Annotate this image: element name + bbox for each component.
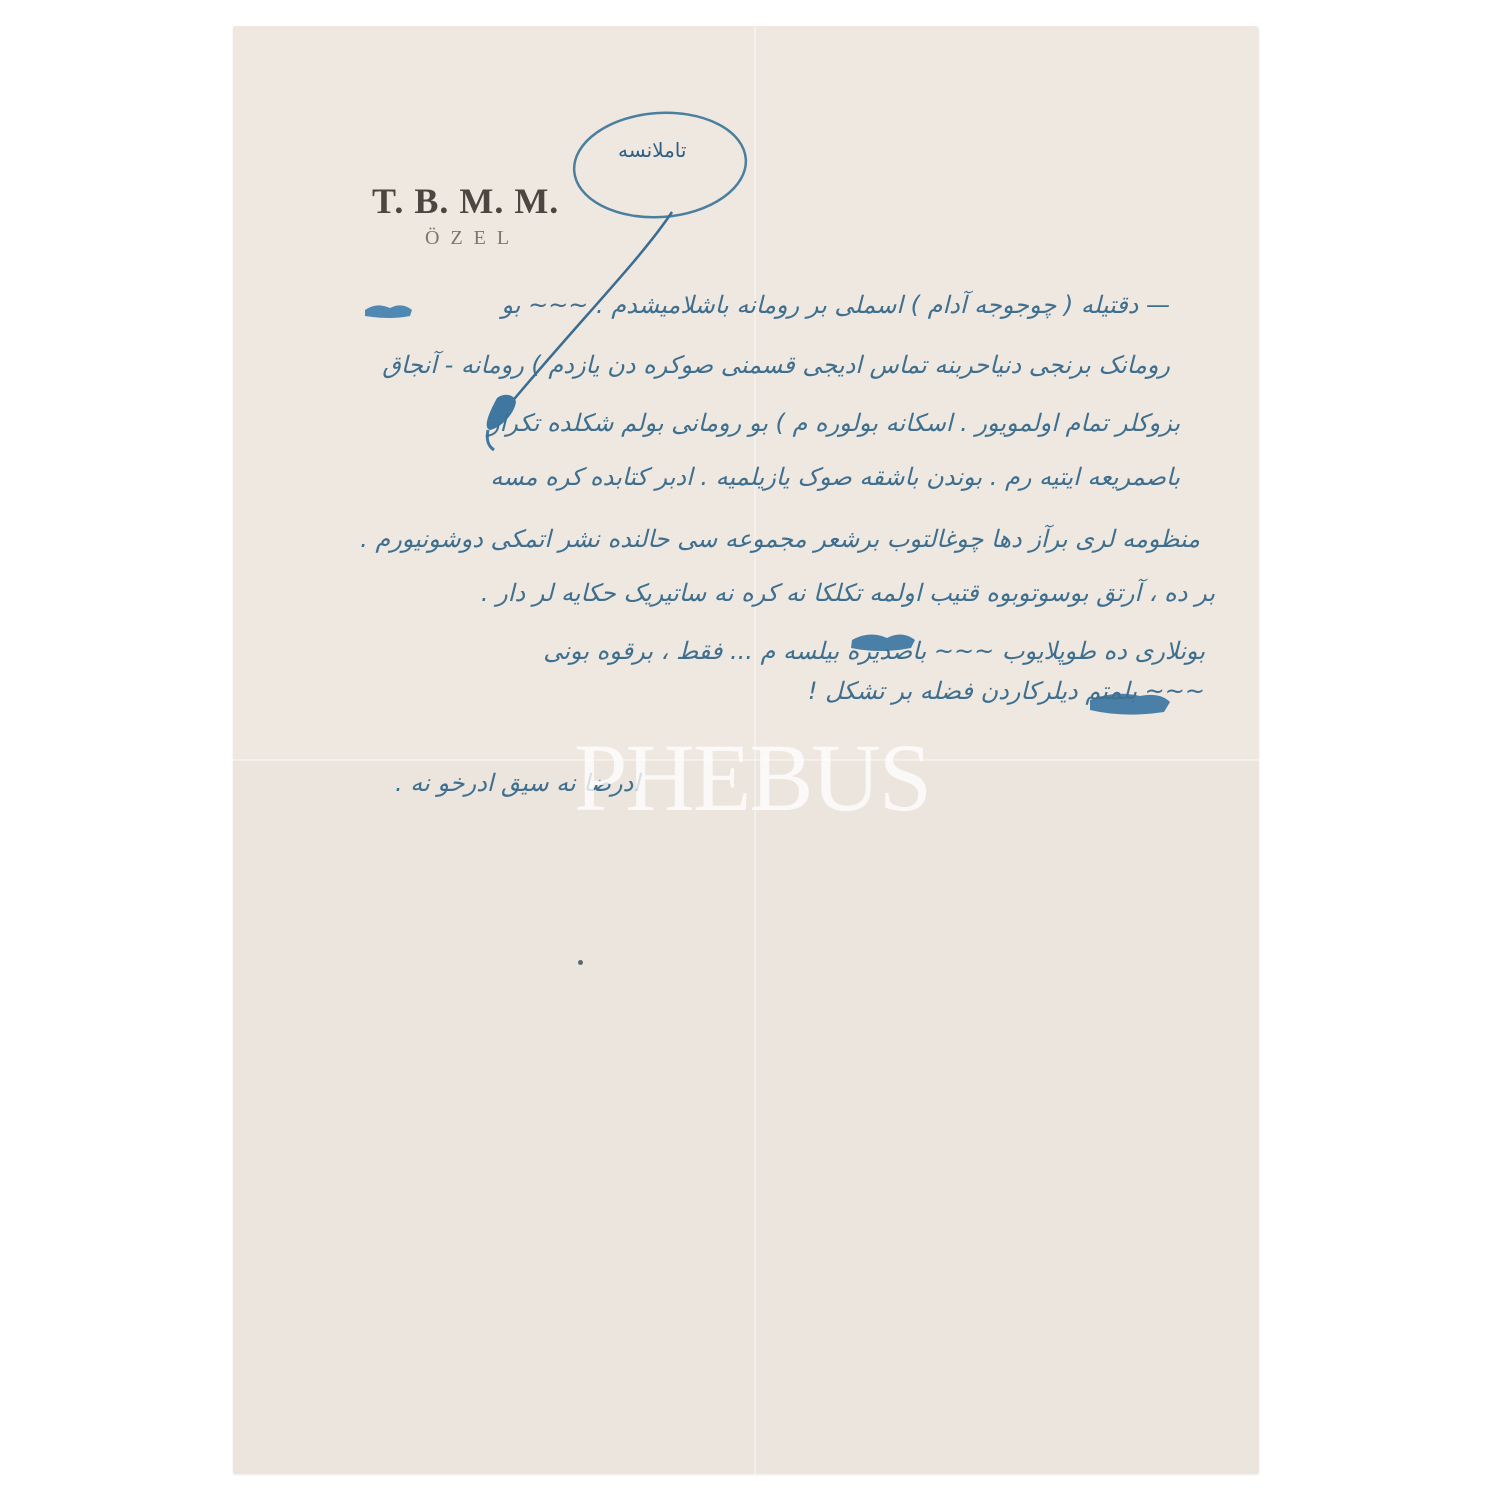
handwritten-line-7: بونلاری ده طوپلایوب ~~~ باصدیره بیلسه م …	[543, 636, 1205, 666]
handwritten-line-5: منظومه لری برآز دها چوغالتوب برشعر مجموع…	[360, 524, 1200, 554]
watermark: PHEBUS	[574, 738, 930, 818]
handwritten-line-1: — دقتیله ( چوجوجه آدام ) اسملی بر رومانه…	[501, 290, 1170, 320]
ink-dot	[578, 960, 583, 965]
handwritten-line-3: بزوکلر تمام اولمویور . اسکانه بولوره م )…	[488, 408, 1180, 438]
handwritten-line-4: باصمریعه ایتیه رم . بوندن باشقه صوک یازی…	[490, 462, 1180, 492]
circled-note: تاملانسه	[618, 138, 686, 162]
handwritten-line-2: رومانک برنجی دنیاحربنه تماس ادیجی قسمنی …	[382, 350, 1170, 380]
handwritten-line-6: بر ده ، آرتق بوسوتوبوه قتیب اولمه تکلکا …	[481, 578, 1215, 608]
handwritten-line-8: ~~~ بلمتم دیلرکاردن فضله بر تشکل !	[808, 676, 1205, 706]
